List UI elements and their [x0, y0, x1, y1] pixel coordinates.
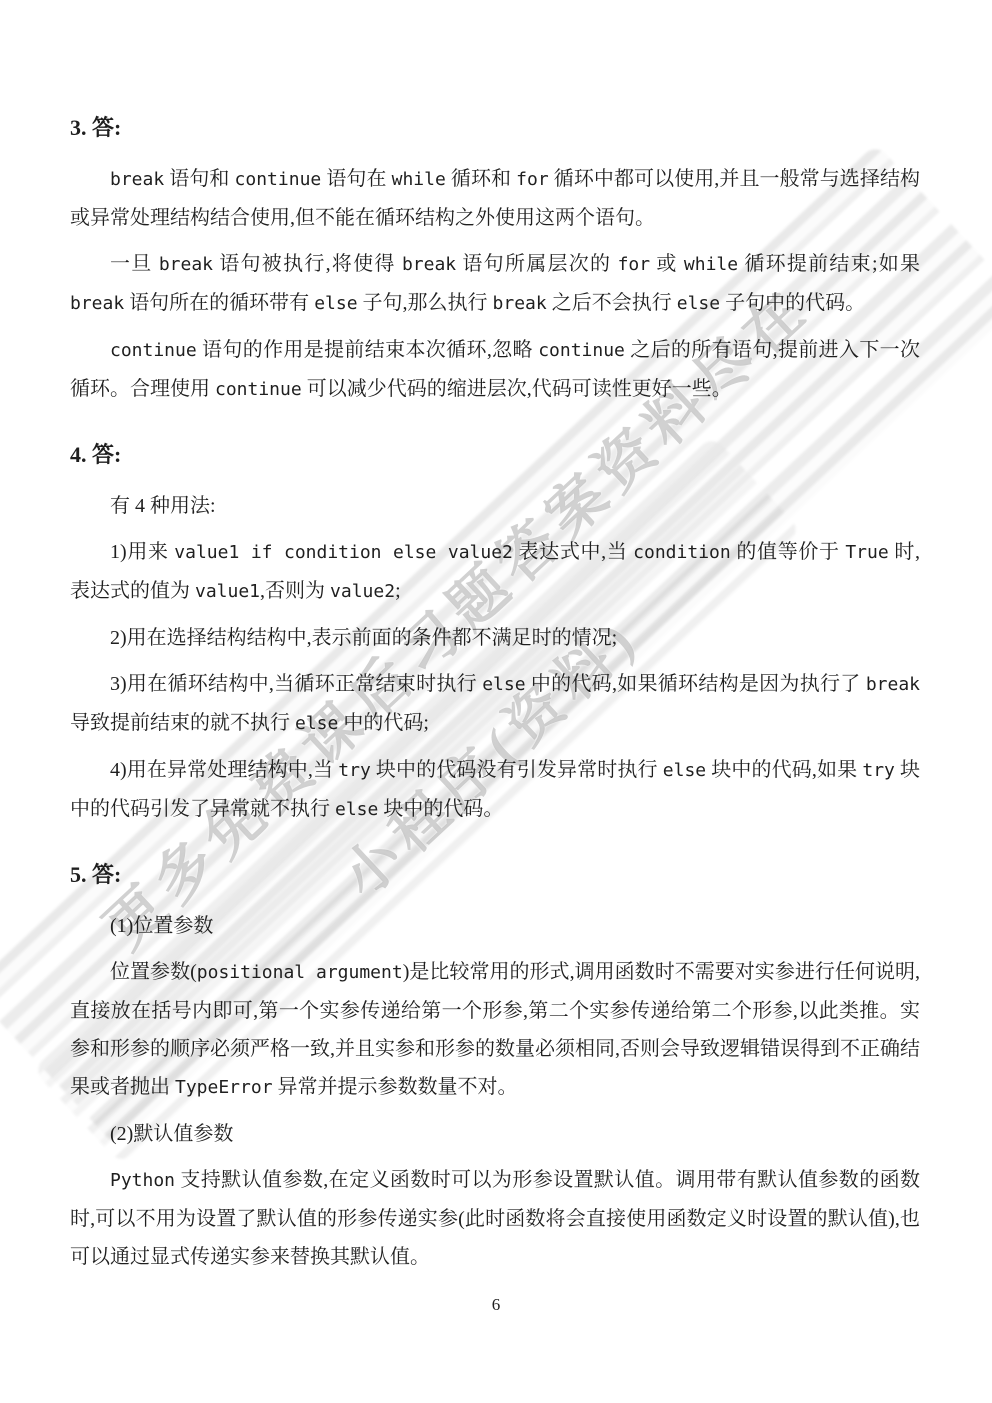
- paragraph: 一旦 break 语句被执行,将使得 break 语句所属层次的 for 或 w…: [70, 245, 920, 323]
- code-span: while: [684, 254, 738, 275]
- text-span: 语句所属层次的: [456, 253, 617, 275]
- text-span: 语句的作用是提前结束本次循环,忽略: [197, 339, 538, 361]
- text-span: (1)位置参数: [110, 915, 213, 937]
- text-span: 子句,那么执行: [358, 292, 493, 314]
- text-span: 循环和: [446, 168, 516, 190]
- code-span: continue: [215, 379, 302, 400]
- code-span: break: [159, 254, 213, 275]
- paragraph: 位置参数(positional argument)是比较常用的形式,调用函数时不…: [70, 953, 920, 1107]
- paragraph: (1)位置参数: [70, 907, 920, 945]
- code-span: value1 if condition else value2: [174, 542, 513, 563]
- text-span: 可以减少代码的缩进层次,代码可读性更好一些。: [302, 378, 732, 400]
- text-span: ,否则为: [260, 580, 330, 602]
- code-span: break: [493, 293, 547, 314]
- document-page: 更多免费课后习题答案资料尽在 小程序(资料) 3. 答:break 语句和 co…: [0, 0, 992, 1403]
- code-span: break: [70, 293, 124, 314]
- code-span: continue: [110, 340, 197, 361]
- code-span: continue: [235, 169, 322, 190]
- text-span: 表达式中,当: [513, 541, 633, 563]
- text-span: 块中的代码没有引发异常时执行: [371, 759, 663, 781]
- text-span: 一旦: [110, 253, 159, 275]
- code-span: else: [677, 293, 720, 314]
- paragraph: 3)用在循环结构中,当循环正常结束时执行 else 中的代码,如果循环结构是因为…: [70, 665, 920, 743]
- code-span: condition: [633, 542, 731, 563]
- paragraph: continue 语句的作用是提前结束本次循环,忽略 continue 之后的所…: [70, 331, 920, 409]
- code-span: True: [845, 542, 888, 563]
- text-span: 位置参数(: [110, 961, 197, 983]
- text-span: 3)用在循环结构中,当循环正常结束时执行: [110, 673, 482, 695]
- text-span: 语句在: [321, 168, 391, 190]
- section-heading: 5. 答:: [70, 859, 920, 891]
- paragraph: 1)用来 value1 if condition else value2 表达式…: [70, 533, 920, 611]
- text-span: 异常并提示参数数量不对。: [273, 1076, 518, 1098]
- text-span: 的值等价于: [731, 541, 846, 563]
- code-span: value1: [195, 581, 260, 602]
- code-span: else: [295, 713, 338, 734]
- text-span: (2)默认值参数: [110, 1123, 233, 1145]
- code-span: for: [618, 254, 651, 275]
- code-span: break: [110, 169, 164, 190]
- code-span: value2: [330, 581, 395, 602]
- text-span: 块中的代码。: [378, 798, 503, 820]
- paragraph: Python 支持默认值参数,在定义函数时可以为形参设置默认值。调用带有默认值参…: [70, 1161, 920, 1276]
- paragraph: 4)用在异常处理结构中,当 try 块中的代码没有引发异常时执行 else 块中…: [70, 751, 920, 829]
- code-span: TypeError: [175, 1077, 273, 1098]
- code-span: break: [866, 674, 920, 695]
- code-span: else: [663, 760, 706, 781]
- code-span: else: [314, 293, 357, 314]
- paragraph: 2)用在选择结构结构中,表示前面的条件都不满足时的情况;: [70, 619, 920, 657]
- code-span: while: [392, 169, 446, 190]
- code-span: continue: [538, 340, 625, 361]
- code-span: try: [862, 760, 895, 781]
- paragraph: 有 4 种用法:: [70, 487, 920, 525]
- answer-section-4: 4. 答:有 4 种用法:1)用来 value1 if condition el…: [70, 439, 920, 829]
- section-heading: 3. 答:: [70, 112, 920, 144]
- text-span: 中的代码,如果循环结构是因为执行了: [526, 673, 866, 695]
- text-span: 4)用在异常处理结构中,当: [110, 759, 338, 781]
- text-span: 2)用在选择结构结构中,表示前面的条件都不满足时的情况;: [110, 627, 617, 649]
- code-span: try: [338, 760, 371, 781]
- answer-section-5: 5. 答:(1)位置参数位置参数(positional argument)是比较…: [70, 859, 920, 1276]
- code-span: for: [516, 169, 549, 190]
- code-span: else: [482, 674, 525, 695]
- text-span: 或: [650, 253, 684, 275]
- text-span: 1)用来: [110, 541, 174, 563]
- text-span: 导致提前结束的就不执行: [70, 712, 295, 734]
- code-span: positional argument: [197, 962, 403, 983]
- section-heading: 4. 答:: [70, 439, 920, 471]
- text-span: 有 4 种用法:: [110, 495, 216, 517]
- code-span: break: [402, 254, 456, 275]
- paragraph: break 语句和 continue 语句在 while 循环和 for 循环中…: [70, 160, 920, 237]
- page-number: 6: [0, 1295, 992, 1315]
- text-span: 支持默认值参数,在定义函数时可以为形参设置默认值。调用带有默认值参数的函数时,可…: [70, 1169, 920, 1268]
- text-span: 中的代码;: [338, 712, 429, 734]
- text-span: 循环提前结束;如果: [738, 253, 920, 275]
- text-span: 块中的代码,如果: [706, 759, 862, 781]
- answer-section-3: 3. 答:break 语句和 continue 语句在 while 循环和 fo…: [70, 112, 920, 409]
- text-span: ;: [395, 580, 401, 602]
- document-body: 3. 答:break 语句和 continue 语句在 while 循环和 fo…: [0, 0, 992, 1276]
- code-span: else: [335, 799, 378, 820]
- text-span: 语句所在的循环带有: [124, 292, 314, 314]
- text-span: 语句被执行,将使得: [213, 253, 402, 275]
- paragraph: (2)默认值参数: [70, 1115, 920, 1153]
- text-span: 语句和: [164, 168, 234, 190]
- text-span: 之后不会执行: [547, 292, 677, 314]
- code-span: Python: [110, 1170, 175, 1191]
- text-span: 子句中的代码。: [720, 292, 865, 314]
